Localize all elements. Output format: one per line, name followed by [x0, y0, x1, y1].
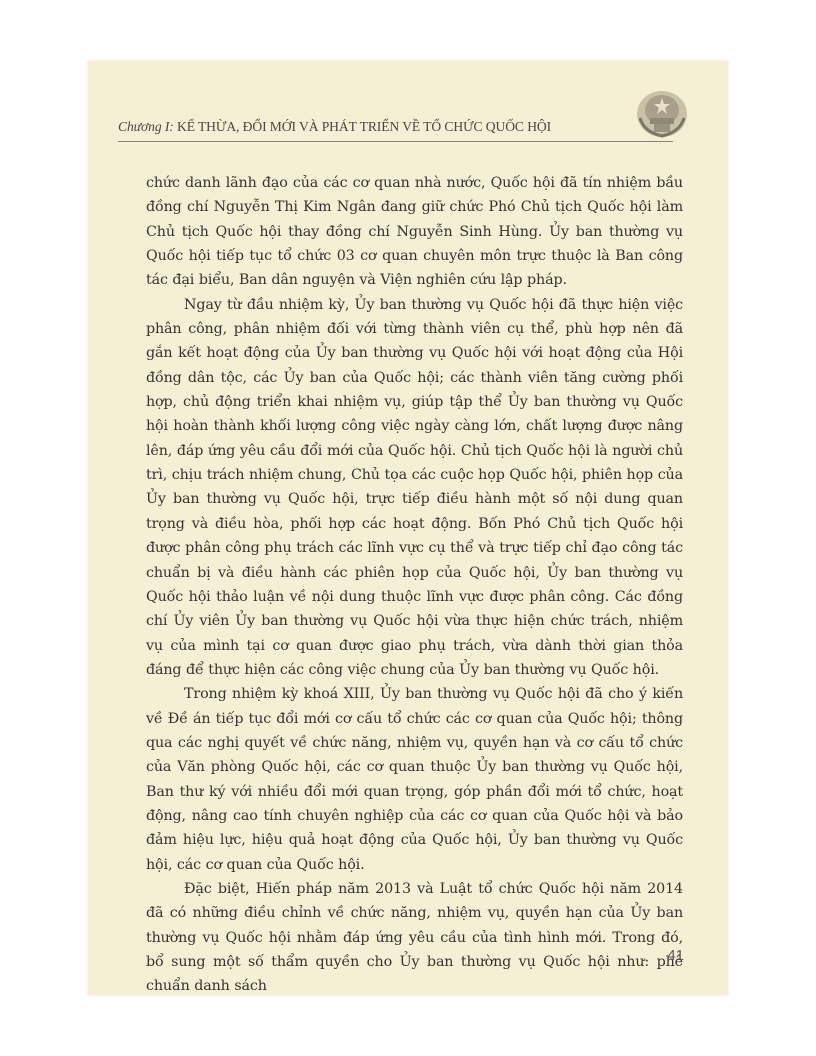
page-number: 41 — [660, 947, 684, 964]
paragraph-continuation: chức danh lãnh đạo của các cơ quan nhà n… — [146, 171, 683, 293]
paragraph: Đặc biệt, Hiến pháp năm 2013 và Luật tổ … — [146, 877, 683, 999]
document-page: Chương I: KẾ THỪA, ĐỔI MỚI VÀ PHÁT TRIỂN… — [88, 61, 728, 995]
running-header: Chương I: KẾ THỪA, ĐỔI MỚI VÀ PHÁT TRIỂN… — [118, 119, 673, 142]
paragraph: Trong nhiệm kỳ khoá XIII, Ủy ban thường … — [146, 682, 683, 877]
body-text: chức danh lãnh đạo của các cơ quan nhà n… — [146, 171, 683, 999]
paragraph: Ngay từ đầu nhiệm kỳ, Ủy ban thường vụ Q… — [146, 293, 683, 683]
national-emblem-icon — [634, 88, 690, 140]
chapter-label: Chương I: — [118, 119, 174, 134]
chapter-title: KẾ THỪA, ĐỔI MỚI VÀ PHÁT TRIỂN VỀ TỔ CHỨ… — [174, 119, 551, 134]
